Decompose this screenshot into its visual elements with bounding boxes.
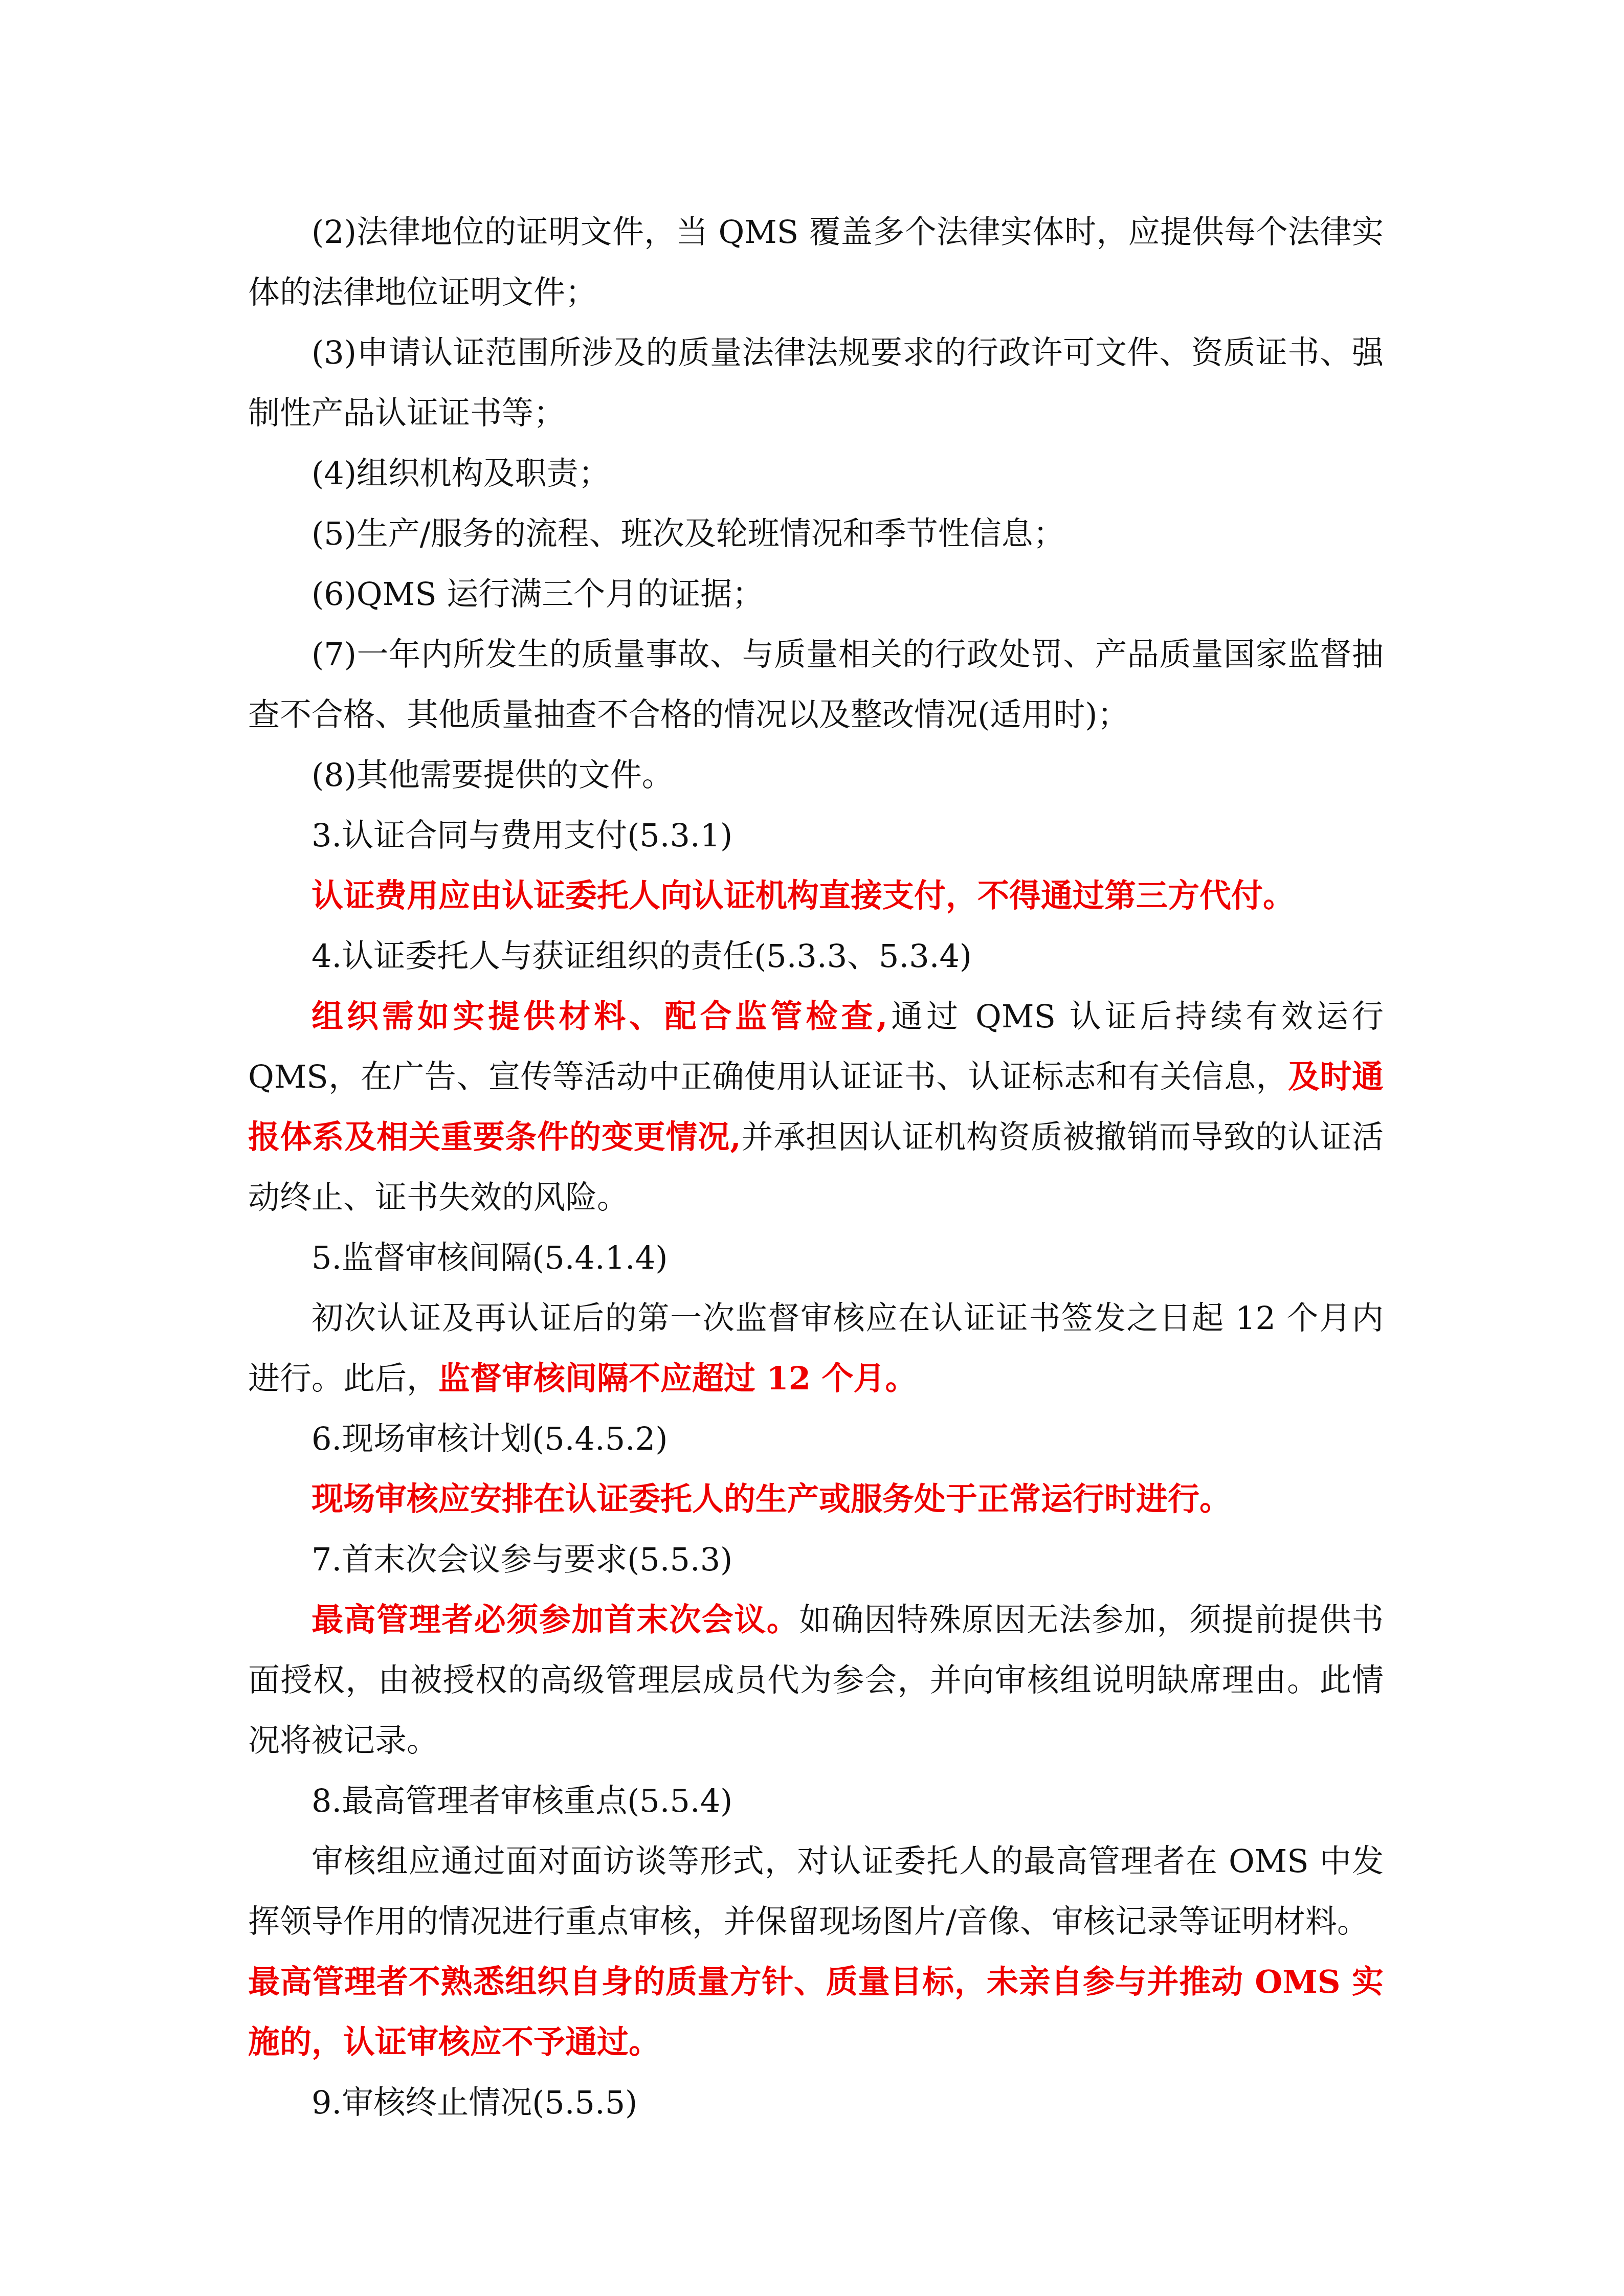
section-heading-3: 3.认证合同与费用支付(5.3.1) — [248, 805, 1384, 866]
paragraph-item-4: (4)组织机构及职责； — [248, 443, 1384, 504]
paragraph-item-2: (2)法律地位的证明文件，当 QMS 覆盖多个法律实体时，应提供每个法律实体的法… — [248, 202, 1384, 323]
paragraph-item-3: (3)申请认证范围所涉及的质量法律法规要求的行政许可文件、资质证书、强制性产品认… — [248, 323, 1384, 443]
highlight-text: 监督审核间隔不应超过 12 个月。 — [438, 1360, 917, 1397]
heading-text: 3.认证合同与费用支付(5.3.1) — [312, 817, 732, 854]
highlight-text: 最高管理者不熟悉组织自身的质量方针、质量目标，未亲自参与并推动 OMS 实施的，… — [248, 1963, 1384, 2061]
document-page: (2)法律地位的证明文件，当 QMS 覆盖多个法律实体时，应提供每个法律实体的法… — [248, 202, 1384, 2133]
section-heading-4: 4.认证委托人与获证组织的责任(5.3.3、5.3.4) — [248, 926, 1384, 986]
text-segment: (2)法律地位的证明文件，当 QMS 覆盖多个法律实体时，应提供每个法律实体的法… — [248, 213, 1384, 311]
highlight-text: 现场审核应安排在认证委托人的生产或服务处于正常运行时进行。 — [312, 1480, 1231, 1518]
heading-text: 4.认证委托人与获证组织的责任(5.3.3、5.3.4) — [312, 937, 972, 975]
heading-text: 7.首末次会议参与要求(5.5.3) — [312, 1541, 732, 1578]
section-heading-7: 7.首末次会议参与要求(5.5.3) — [248, 1529, 1384, 1590]
heading-text: 6.现场审核计划(5.4.5.2) — [312, 1420, 668, 1457]
body-paragraph-4: 组织需如实提供材料、配合监管检查,通过 QMS 认证后持续有效运行 QMS，在广… — [248, 986, 1384, 1228]
section-heading-6: 6.现场审核计划(5.4.5.2) — [248, 1409, 1384, 1469]
text-segment: (8)其他需要提供的文件。 — [312, 756, 674, 794]
body-paragraph-5: 初次认证及再认证后的第一次监督审核应在认证证书签发之日起 12 个月内进行。此后… — [248, 1288, 1384, 1409]
body-paragraph-7: 最高管理者必须参加首末次会议。如确因特殊原因无法参加，须提前提供书面授权，由被授… — [248, 1590, 1384, 1771]
highlight-text: 组织需如实提供材料、配合监管检查, — [312, 998, 887, 1035]
text-segment: (4)组织机构及职责； — [312, 455, 610, 492]
highlight-text: 最高管理者必须参加首末次会议。 — [312, 1601, 799, 1638]
highlight-paragraph-6: 现场审核应安排在认证委托人的生产或服务处于正常运行时进行。 — [248, 1469, 1384, 1529]
highlight-paragraph-8: 最高管理者不熟悉组织自身的质量方针、质量目标，未亲自参与并推动 OMS 实施的，… — [248, 1952, 1384, 2073]
section-heading-9: 9.审核终止情况(5.5.5) — [248, 2073, 1384, 2133]
highlight-text: 认证费用应由认证委托人向认证机构直接支付，不得通过第三方代付。 — [312, 877, 1295, 914]
heading-text: 9.审核终止情况(5.5.5) — [312, 2084, 637, 2121]
section-heading-5: 5.监督审核间隔(5.4.1.4) — [248, 1228, 1384, 1288]
highlight-paragraph-3: 认证费用应由认证委托人向认证机构直接支付，不得通过第三方代付。 — [248, 866, 1384, 926]
paragraph-item-5: (5)生产/服务的流程、班次及轮班情况和季节性信息； — [248, 504, 1384, 564]
text-segment: 审核组应通过面对面访谈等形式，对认证委托人的最高管理者在 OMS 中发挥领导作用… — [248, 1842, 1384, 1940]
paragraph-item-6: (6)QMS 运行满三个月的证据； — [248, 564, 1384, 624]
section-heading-8: 8.最高管理者审核重点(5.5.4) — [248, 1771, 1384, 1831]
body-paragraph-8: 审核组应通过面对面访谈等形式，对认证委托人的最高管理者在 OMS 中发挥领导作用… — [248, 1831, 1384, 1952]
heading-text: 5.监督审核间隔(5.4.1.4) — [312, 1239, 668, 1276]
paragraph-item-7: (7)一年内所发生的质量事故、与质量相关的行政处罚、产品质量国家监督抽查不合格、… — [248, 624, 1384, 745]
text-segment: (6)QMS 运行满三个月的证据； — [312, 575, 764, 613]
text-segment: (5)生产/服务的流程、班次及轮班情况和季节性信息； — [312, 515, 1065, 552]
text-segment: (3)申请认证范围所涉及的质量法律法规要求的行政许可文件、资质证书、强制性产品认… — [248, 334, 1384, 432]
heading-text: 8.最高管理者审核重点(5.5.4) — [312, 1782, 732, 1819]
paragraph-item-8: (8)其他需要提供的文件。 — [248, 745, 1384, 805]
text-segment: (7)一年内所发生的质量事故、与质量相关的行政处罚、产品质量国家监督抽查不合格、… — [248, 636, 1384, 733]
